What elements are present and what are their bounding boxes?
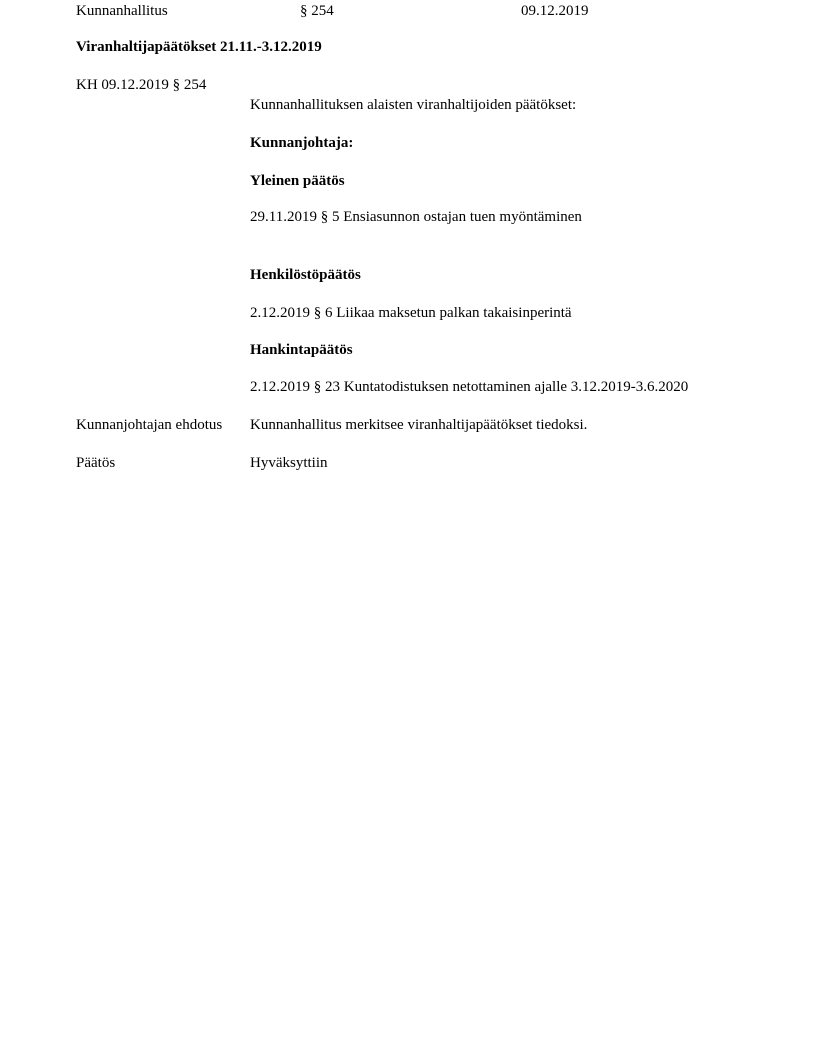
intro-text: Kunnanhallituksen alaisten viranhaltijoi… bbox=[250, 95, 576, 115]
decision-item: 2.12.2019 § 23 Kuntatodistuksen netottam… bbox=[250, 377, 688, 397]
official-heading: Kunnanjohtaja: bbox=[250, 133, 353, 153]
decision-item: 29.11.2019 § 5 Ensiasunnon ostajan tuen … bbox=[250, 207, 582, 227]
meeting-reference: KH 09.12.2019 § 254 bbox=[76, 75, 206, 95]
proposal-text: Kunnanhallitus merkitsee viranhaltijapää… bbox=[250, 415, 587, 435]
header-paragraph-number: § 254 bbox=[300, 1, 334, 21]
header-meeting-date: 09.12.2019 bbox=[521, 1, 589, 21]
proposal-label: Kunnanjohtajan ehdotus bbox=[76, 415, 222, 435]
decision-group-heading: Hankintapäätös bbox=[250, 340, 353, 360]
header-body-name: Kunnanhallitus bbox=[76, 1, 168, 21]
decision-group-heading: Yleinen päätös bbox=[250, 171, 345, 191]
decision-label: Päätös bbox=[76, 453, 115, 473]
document-title: Viranhaltijapäätökset 21.11.-3.12.2019 bbox=[76, 37, 322, 57]
decision-item: 2.12.2019 § 6 Liikaa maksetun palkan tak… bbox=[250, 303, 572, 323]
decision-text: Hyväksyttiin bbox=[250, 453, 328, 473]
decision-group-heading: Henkilöstöpäätös bbox=[250, 265, 361, 285]
